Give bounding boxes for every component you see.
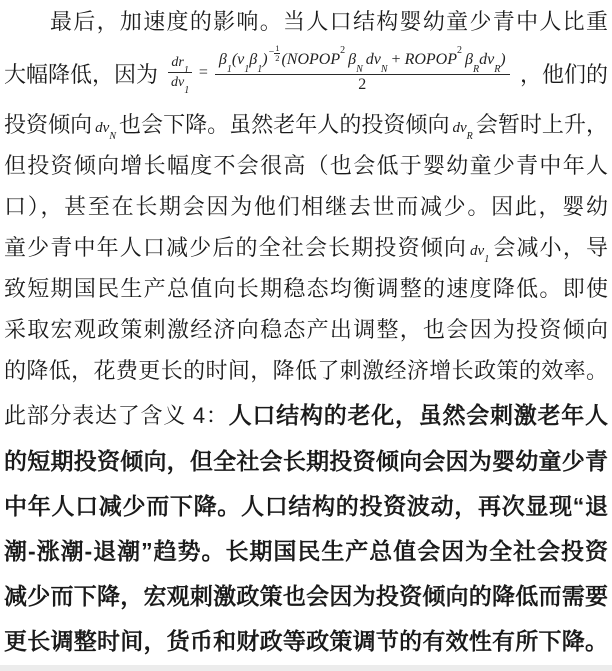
math-var: dv (171, 75, 184, 90)
bold-text-segment: 人口结构的老化，虽然会刺激老年人 (229, 402, 608, 428)
math-sup: 2 (457, 45, 462, 56)
article-page: 最后，加速度的影响。当人口结构婴幼童少青中人比重 大幅降低，因为 dr1 dv1… (0, 0, 612, 671)
text-segment: 童少青中年人口减少后的全社会长期投资倾向 (4, 235, 467, 260)
math-sub: N (356, 64, 363, 75)
math-sub: R (467, 131, 473, 142)
formula-line-suffix: ，他们的 (520, 58, 608, 89)
math-sub: N (381, 64, 388, 75)
math-var: ROPOP (405, 51, 457, 68)
math-var: dv (470, 243, 484, 259)
text-line-1: 最后，加速度的影响。当人口结构婴幼童少青中人比重 (4, 2, 608, 42)
text-line-5: 口），甚至在长期会因为他们相继去世而减少。因此，婴幼 (4, 186, 608, 227)
text-segment: 此部分表达了含义 4： (4, 403, 229, 428)
math-paren: ) (262, 51, 267, 68)
text-line-6: 童少青中年人口减少后的全社会长期投资倾向dv1会减小，导 (4, 227, 608, 268)
text-line-13: 潮-涨潮-退潮”趋势。长期国民生产总值会因为全社会投资 (4, 529, 608, 574)
text-segment: 会暂时上升， (476, 112, 608, 137)
text-line-3: 投资倾向dvN也会下降。虽然老年人的投资倾向dvR会暂时上升， (4, 104, 608, 145)
mini-frac-denominator: 2 (275, 54, 279, 63)
lhs-denominator: dv1 (171, 73, 189, 92)
inline-math-dv1: dv1 (467, 243, 492, 259)
inline-math-dvR: dvR (450, 120, 476, 136)
math-var: β (465, 51, 473, 68)
text-segment: 会减小，导 (492, 235, 608, 260)
math-sub: 1 (184, 65, 189, 76)
equals-sign: = (199, 64, 208, 82)
rhs-denominator: 2 (358, 75, 366, 94)
text-line-14: 减少而下降，宏观刺激政策也会因为投资倾向的降低而需要 (4, 574, 608, 619)
math-sub: 1 (484, 254, 489, 265)
formula-line: 大幅降低，因为 dr1 dv1 = β1(v1β1)−12(NOPOP2βNdv… (4, 42, 608, 104)
math-sub: 1 (184, 85, 189, 96)
math-sub: 1 (227, 64, 232, 75)
text-line-15: 更长调整时间，货币和财政等政策调节的有效性有所下降。 (4, 619, 608, 664)
math-sub: R (473, 64, 479, 75)
text-line-4: 但投资倾向增长幅度不会很高（也会低于婴幼童少青中年人 (4, 145, 608, 186)
math-var: β (219, 51, 227, 68)
text-line-8: 采取宏观政策刺激经济向稳态产出调整，也会因为投资倾向 (4, 309, 608, 350)
math-var: dv (453, 120, 467, 136)
exponent-minus-half: −12 (269, 44, 281, 64)
math-var: dv (479, 51, 494, 68)
text-line-9: 的降低，花费更长的时间，降低了刺激经济增长政策的效率。 (4, 350, 608, 391)
math-var: dr (171, 55, 183, 70)
inline-math-dvN: dvN (92, 120, 119, 136)
rhs-numerator: β1(v1β1)−12(NOPOP2βNdvN+ROPOP2βRdvR) (215, 51, 510, 75)
text-line-7: 致短期国民生产总值向长期稳态均衡调整的速度降低。即使 (4, 268, 608, 309)
text-segment: 投资倾向 (4, 112, 92, 137)
math-formula: dr1 dv1 = β1(v1β1)−12(NOPOP2βNdvN+ROPOP2… (168, 51, 509, 94)
math-sub: 1 (257, 64, 262, 75)
math-paren: ) (500, 51, 505, 68)
formula-rhs-fraction: β1(v1β1)−12(NOPOP2βNdvN+ROPOP2βRdvR) 2 (215, 51, 510, 94)
math-var: dv (366, 51, 381, 68)
bottom-artifact-band (0, 665, 612, 671)
math-sub: N (109, 131, 116, 142)
mini-fraction: 12 (274, 44, 280, 64)
math-var: β (348, 51, 356, 68)
text-line-10: 此部分表达了含义 4：人口结构的老化，虽然会刺激老年人 (4, 391, 608, 439)
plus-sign: + (392, 51, 401, 68)
formula-lhs-fraction: dr1 dv1 (168, 54, 191, 92)
math-sup: 2 (340, 45, 345, 56)
text-segment: 也会下降。虽然老年人的投资倾向 (119, 112, 450, 137)
math-var: dv (95, 120, 109, 136)
lhs-numerator: dr1 (168, 54, 191, 74)
math-var: NOPOP (287, 51, 340, 68)
math-sub: R (494, 64, 500, 75)
text-line-11: 的短期投资倾向，但全社会长期投资倾向会因为婴幼童少青 (4, 439, 608, 484)
formula-line-prefix: 大幅降低，因为 (4, 58, 158, 89)
text-line-12: 中年人口减少而下降。人口结构的投资波动，再次显现“退 (4, 484, 608, 529)
math-sub: 1 (244, 64, 249, 75)
